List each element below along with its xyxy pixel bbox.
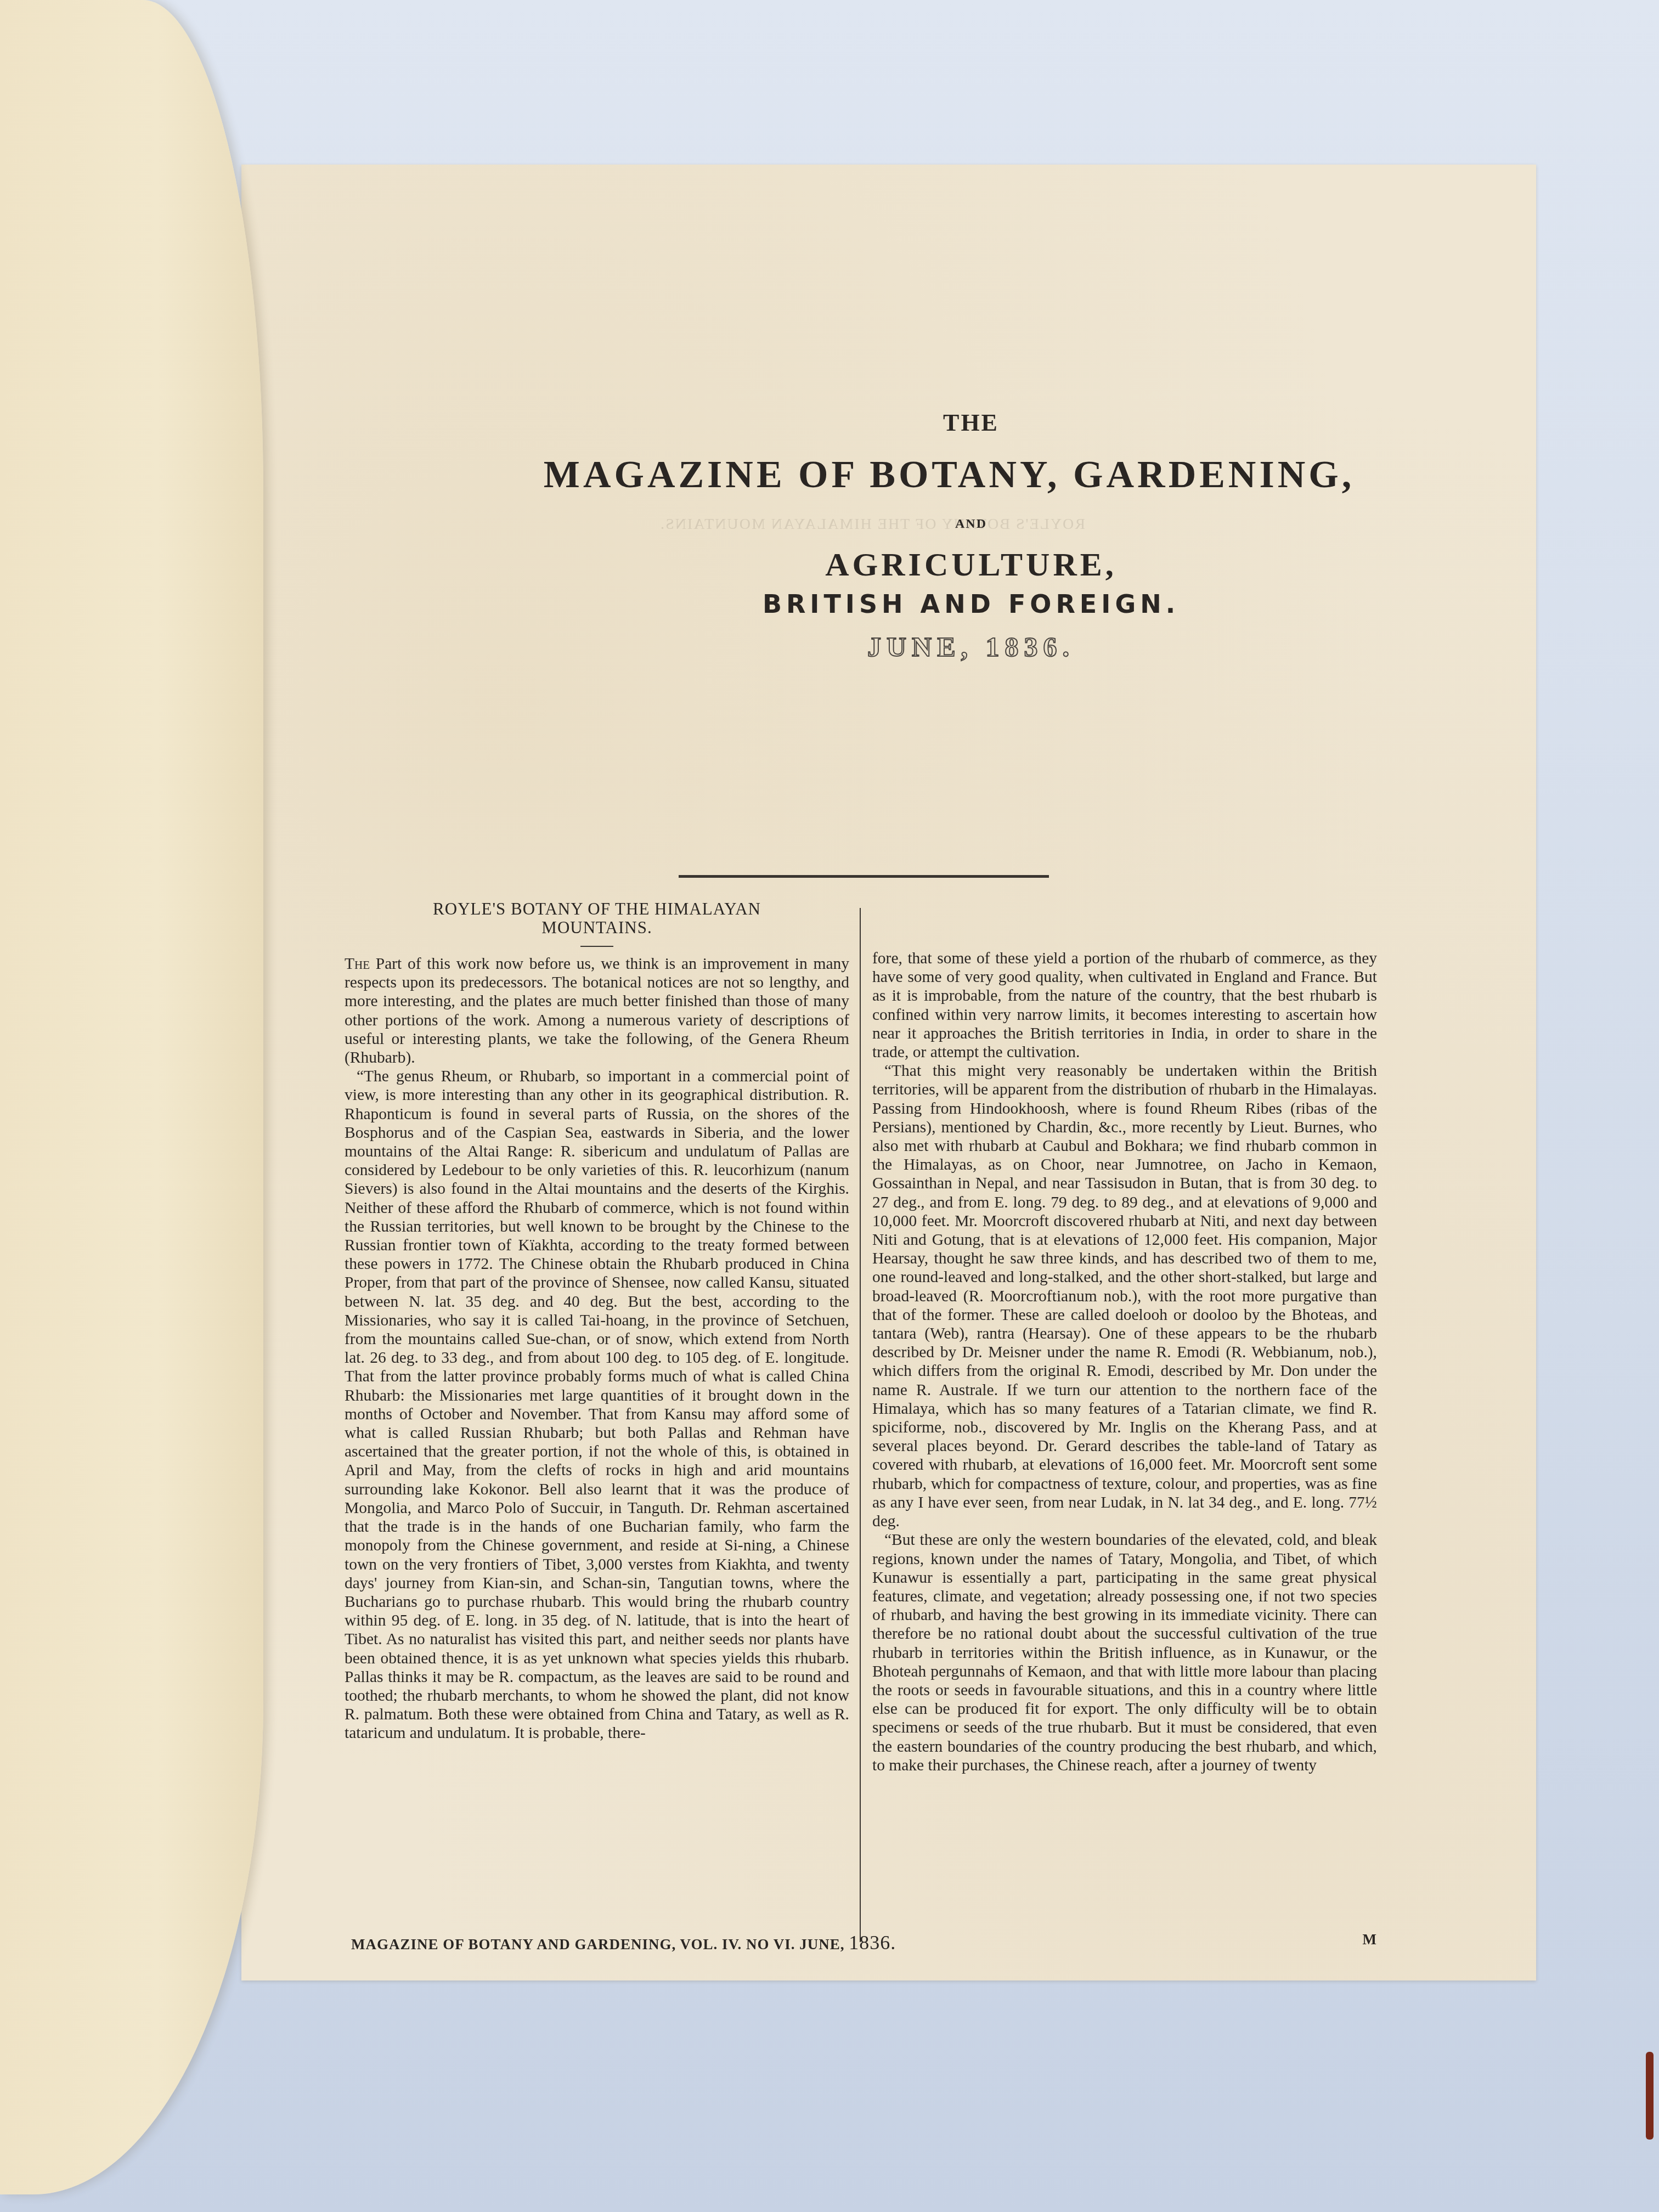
paragraph: “That this might very reasonably be unde… <box>872 1062 1377 1531</box>
masthead-rule <box>679 875 1049 878</box>
left-page-curl <box>0 0 263 2194</box>
paragraph: “The genus Rheum, or Rhubarb, so importa… <box>345 1067 849 1742</box>
article-column-left: ROYLE'S BOTANY OF THE HIMALAYAN MOUNTAIN… <box>345 949 849 1743</box>
masthead-subtitle-agriculture: AGRICULTURE, <box>406 546 1536 584</box>
paragraph: The Part of this work now before us, we … <box>345 955 849 1067</box>
paragraph-text: Part of this work now before us, we thin… <box>345 955 849 1066</box>
masthead-the: THE <box>406 409 1536 437</box>
article-title-rule <box>580 946 613 947</box>
magazine-page: ROYLE'S BOTANY OF THE HIMALAYAN MOUNTAIN… <box>241 165 1536 1980</box>
signature-mark: M <box>1344 1931 1377 1954</box>
opening-word: The <box>345 955 370 973</box>
article-column-right: fore, that some of these yield a portion… <box>872 949 1377 1775</box>
footer-imprint-text: MAGAZINE OF BOTANY AND GARDENING, VOL. I… <box>351 1936 849 1953</box>
issue-date: JUNE, 1836. <box>406 631 1536 663</box>
column-divider <box>860 908 861 1942</box>
masthead-and: AND <box>406 517 1536 532</box>
paragraph: fore, that some of these yield a portion… <box>872 949 1377 1062</box>
masthead-title: MAGAZINE OF BOTANY, GARDENING, <box>362 453 1536 497</box>
paragraph: “But these are only the western boundari… <box>872 1531 1377 1775</box>
masthead-subtitle-british-foreign: BRITISH AND FOREIGN. <box>406 589 1536 619</box>
footer-imprint: MAGAZINE OF BOTANY AND GARDENING, VOL. I… <box>351 1931 1344 1954</box>
article-title-line2: MOUNTAINS. <box>345 918 849 937</box>
footer-year: 1836. <box>849 1932 896 1954</box>
page-footer: MAGAZINE OF BOTANY AND GARDENING, VOL. I… <box>351 1931 1377 1954</box>
table-mark <box>1646 2052 1654 2140</box>
masthead: THE MAGAZINE OF BOTANY, GARDENING, AND A… <box>241 409 1536 663</box>
article-title: ROYLE'S BOTANY OF THE HIMALAYAN MOUNTAIN… <box>345 900 849 937</box>
article-title-line1: ROYLE'S BOTANY OF THE HIMALAYAN <box>345 900 849 918</box>
